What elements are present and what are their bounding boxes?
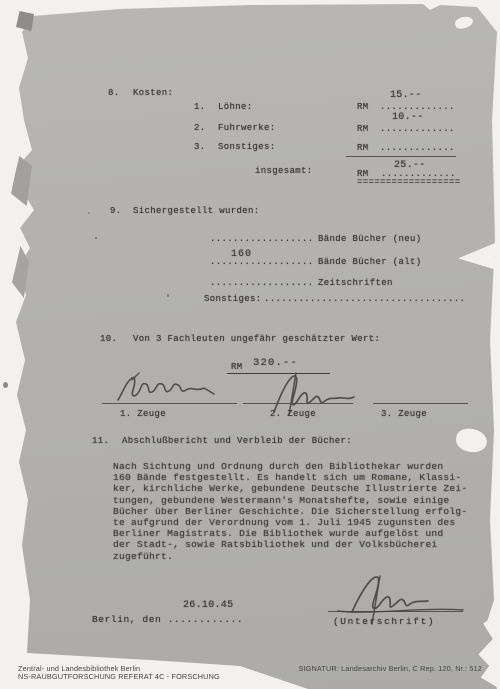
scanned-document-page: 8. Kosten: 1. Löhne: RM ............. 15… xyxy=(0,0,500,689)
cost-row-currency: RM xyxy=(357,102,369,112)
cost-row-num: 3. xyxy=(194,142,206,152)
witness1-signature xyxy=(112,372,238,406)
section8-title: Kosten: xyxy=(133,88,173,98)
secured-row-dots: .................. xyxy=(210,278,314,288)
cost-row-dots: ............. xyxy=(380,102,455,112)
document-content: 8. Kosten: 1. Löhne: RM ............. 15… xyxy=(0,0,500,689)
cost-row-amount: 10.-- xyxy=(392,112,424,123)
section11-title: Abschlußbericht und Verbleib der Bücher: xyxy=(122,436,352,446)
total-double-rule: ================== xyxy=(357,177,461,187)
closing-signature-caption: (Unterschrift) xyxy=(333,616,435,627)
secured-row-dots: .................. xyxy=(210,234,314,244)
section8-number: 8. xyxy=(108,88,120,98)
secured-row-dots: .................. xyxy=(210,257,314,267)
total-amount: 25.-- xyxy=(394,160,426,171)
cost-row-label: Sonstiges: xyxy=(218,142,276,152)
cost-row-label: Löhne: xyxy=(218,102,253,112)
closing-signature-line xyxy=(328,611,463,612)
section10-title: Von 3 Fachleuten ungefähr geschätzter We… xyxy=(133,334,380,344)
cost-row-label: Fuhrwerke: xyxy=(218,123,276,133)
witness3-label: 3. Zeuge xyxy=(381,409,427,419)
cost-row-num: 2. xyxy=(194,123,206,133)
cost-row-currency: RM xyxy=(357,143,369,153)
section9-title: Sichergestellt wurden: xyxy=(133,206,260,216)
witness3-line xyxy=(373,403,468,404)
report-paragraph: Nach Sichtung und Ordnung durch den Bibl… xyxy=(113,461,473,562)
estimated-value-currency: RM xyxy=(231,362,243,372)
subtotal-rule xyxy=(346,156,456,157)
closing-date: 26.10.45 xyxy=(183,600,233,611)
witness2-label: 2. Zeuge xyxy=(270,409,316,419)
sonstiges-dots: ................................... xyxy=(264,294,465,304)
closing-place-line: Berlin, den ............ xyxy=(92,614,243,625)
secured-row-label: Zeitschriften xyxy=(318,278,393,288)
footer-org-line2: NS-RAUBGUTFORSCHUNG REFERAT 4C - FORSCHU… xyxy=(18,672,220,681)
witness1-label: 1. Zeuge xyxy=(120,409,166,419)
estimated-value-amount: 320.-- xyxy=(253,357,298,369)
cost-row-amount: 15.-- xyxy=(390,90,422,101)
section11-number: 11. xyxy=(92,436,109,446)
cost-row-num: 1. xyxy=(194,102,206,112)
section10-number: 10. xyxy=(100,334,117,344)
total-label: insgesamt: xyxy=(255,166,313,176)
footer-signature-ref: SIGNATUR: Landesarchiv Berlin, C Rep. 12… xyxy=(298,664,482,673)
section9-number: 9. xyxy=(110,206,122,216)
secured-row-label: Bände Bücher (neu) xyxy=(318,234,422,244)
cost-row-dots: ............. xyxy=(380,124,455,134)
cost-row-currency: RM xyxy=(357,124,369,134)
cost-row-dots: ............. xyxy=(380,143,455,153)
estimated-value-box: RM 320.-- xyxy=(227,354,330,374)
sonstiges-label: Sonstiges: xyxy=(204,294,262,304)
secured-row-label: Bände Bücher (alt) xyxy=(318,257,422,267)
